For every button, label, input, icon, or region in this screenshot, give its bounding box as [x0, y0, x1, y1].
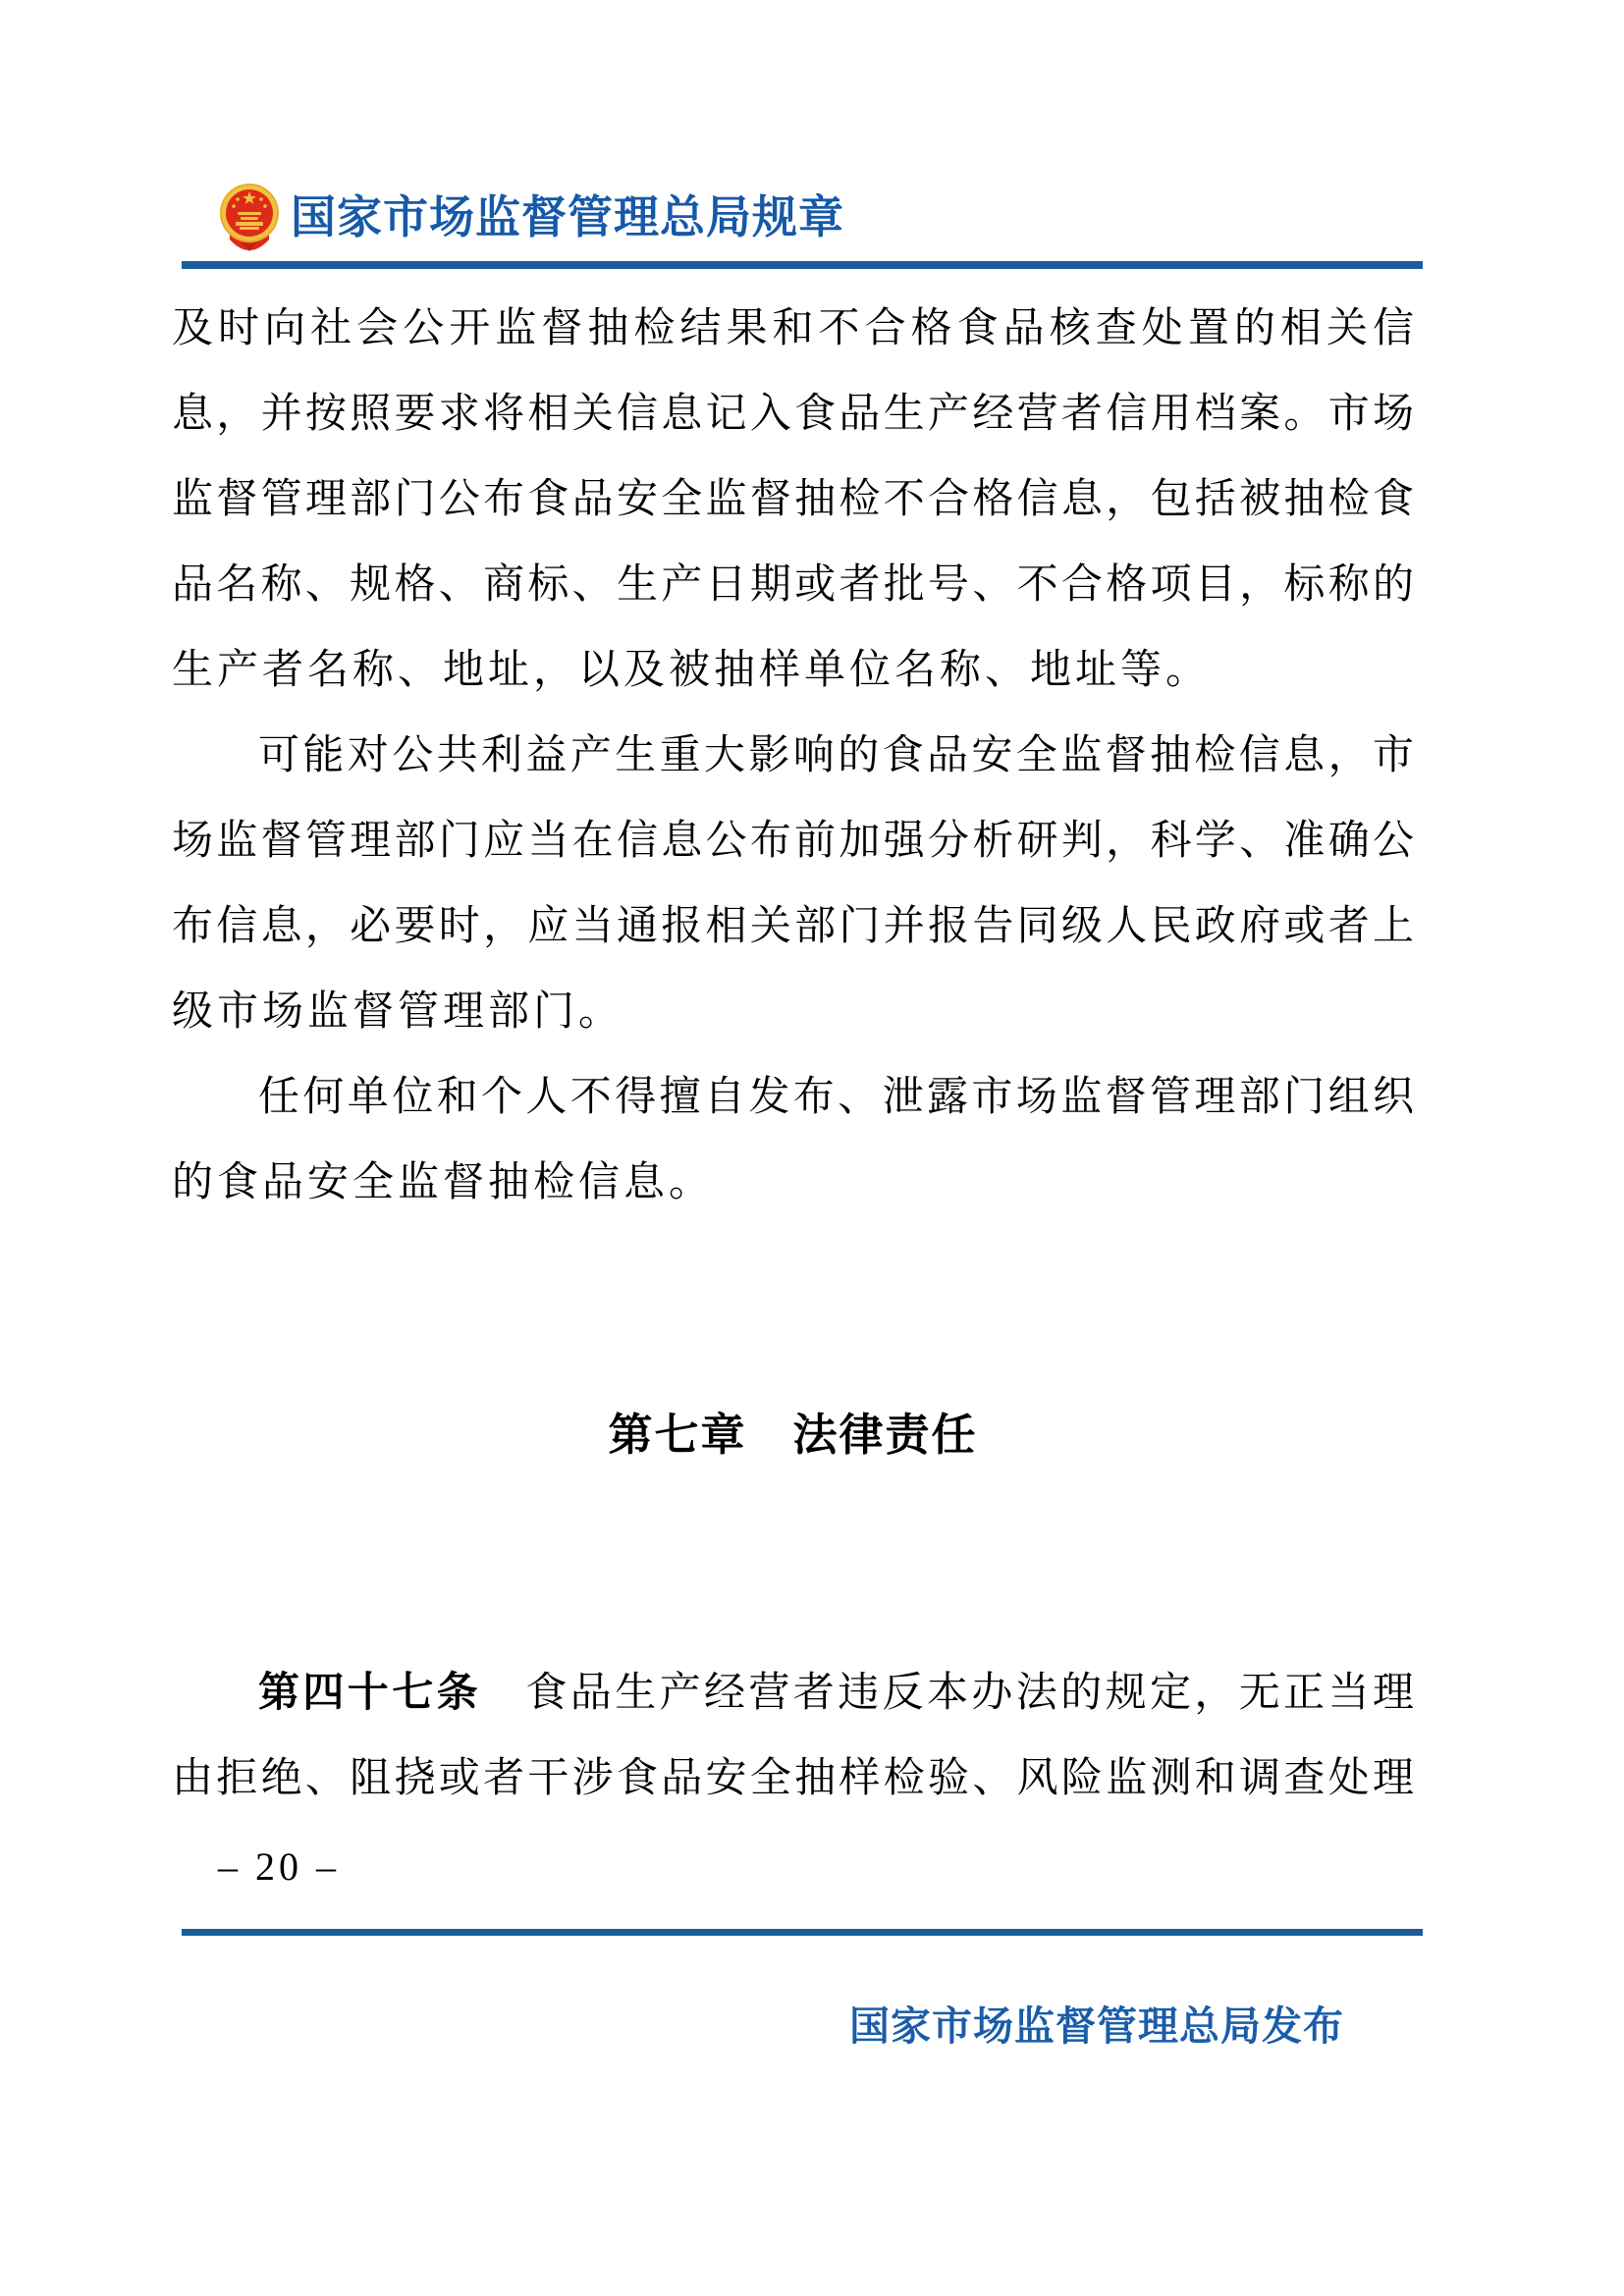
body-line: 监督管理部门公布食品安全监督抽检不合格信息，包括被抽检食: [172, 457, 1414, 543]
body-line: 场监督管理部门应当在信息公布前加强分析研判，科学、准确公: [172, 799, 1414, 884]
body-line: 息，并按照要求将相关信息记入食品生产经营者信用档案。市场: [172, 372, 1414, 457]
national-emblem-icon: [218, 183, 281, 251]
body-line: 布信息，必要时，应当通报相关部门并报告同级人民政府或者上: [172, 884, 1414, 970]
footer-divider: [182, 1929, 1423, 1936]
header-divider: [182, 261, 1423, 269]
document-body: 及时向社会公开监督抽检结果和不合格食品核查处置的相关信 息，并按照要求将相关信息…: [172, 287, 1414, 1822]
body-line: 可能对公共利益产生重大影响的食品安全监督抽检信息，市: [172, 714, 1414, 799]
article-text: 食品生产经营者违反本办法的规定，无正当理: [481, 1671, 1414, 1716]
document-page: 国家市场监督管理总局规章 及时向社会公开监督抽检结果和不合格食品核查处置的相关信…: [0, 0, 1624, 2296]
chapter-heading: 第七章 法律责任: [172, 1406, 1414, 1465]
document-header: 国家市场监督管理总局规章: [218, 183, 844, 251]
body-line: 任何单位和个人不得擅自发布、泄露市场监督管理部门组织: [172, 1055, 1414, 1141]
article-47: 第四十七条 食品生产经营者违反本办法的规定，无正当理 由拒绝、阻挠或者干涉食品安…: [172, 1649, 1414, 1822]
article-line: 由拒绝、阻挠或者干涉食品安全抽样检验、风险监测和调查处理: [172, 1736, 1414, 1822]
body-line: 生产者名称、地址，以及被抽样单位名称、地址等。: [172, 628, 1414, 714]
body-line: 品名称、规格、商标、生产日期或者批号、不合格项目，标称的: [172, 543, 1414, 628]
article-line: 第四十七条 食品生产经营者违反本办法的规定，无正当理: [172, 1649, 1414, 1736]
page-number: – 20 –: [218, 1843, 340, 1890]
body-line: 及时向社会公开监督抽检结果和不合格食品核查处置的相关信: [172, 287, 1414, 372]
body-line: 的食品安全监督抽检信息。: [172, 1141, 1414, 1226]
article-number: 第四十七条: [258, 1669, 481, 1715]
body-line: 级市场监督管理部门。: [172, 970, 1414, 1055]
header-title: 国家市场监督管理总局规章: [291, 187, 844, 247]
publisher-credit: 国家市场监督管理总局发布: [849, 1994, 1344, 2052]
